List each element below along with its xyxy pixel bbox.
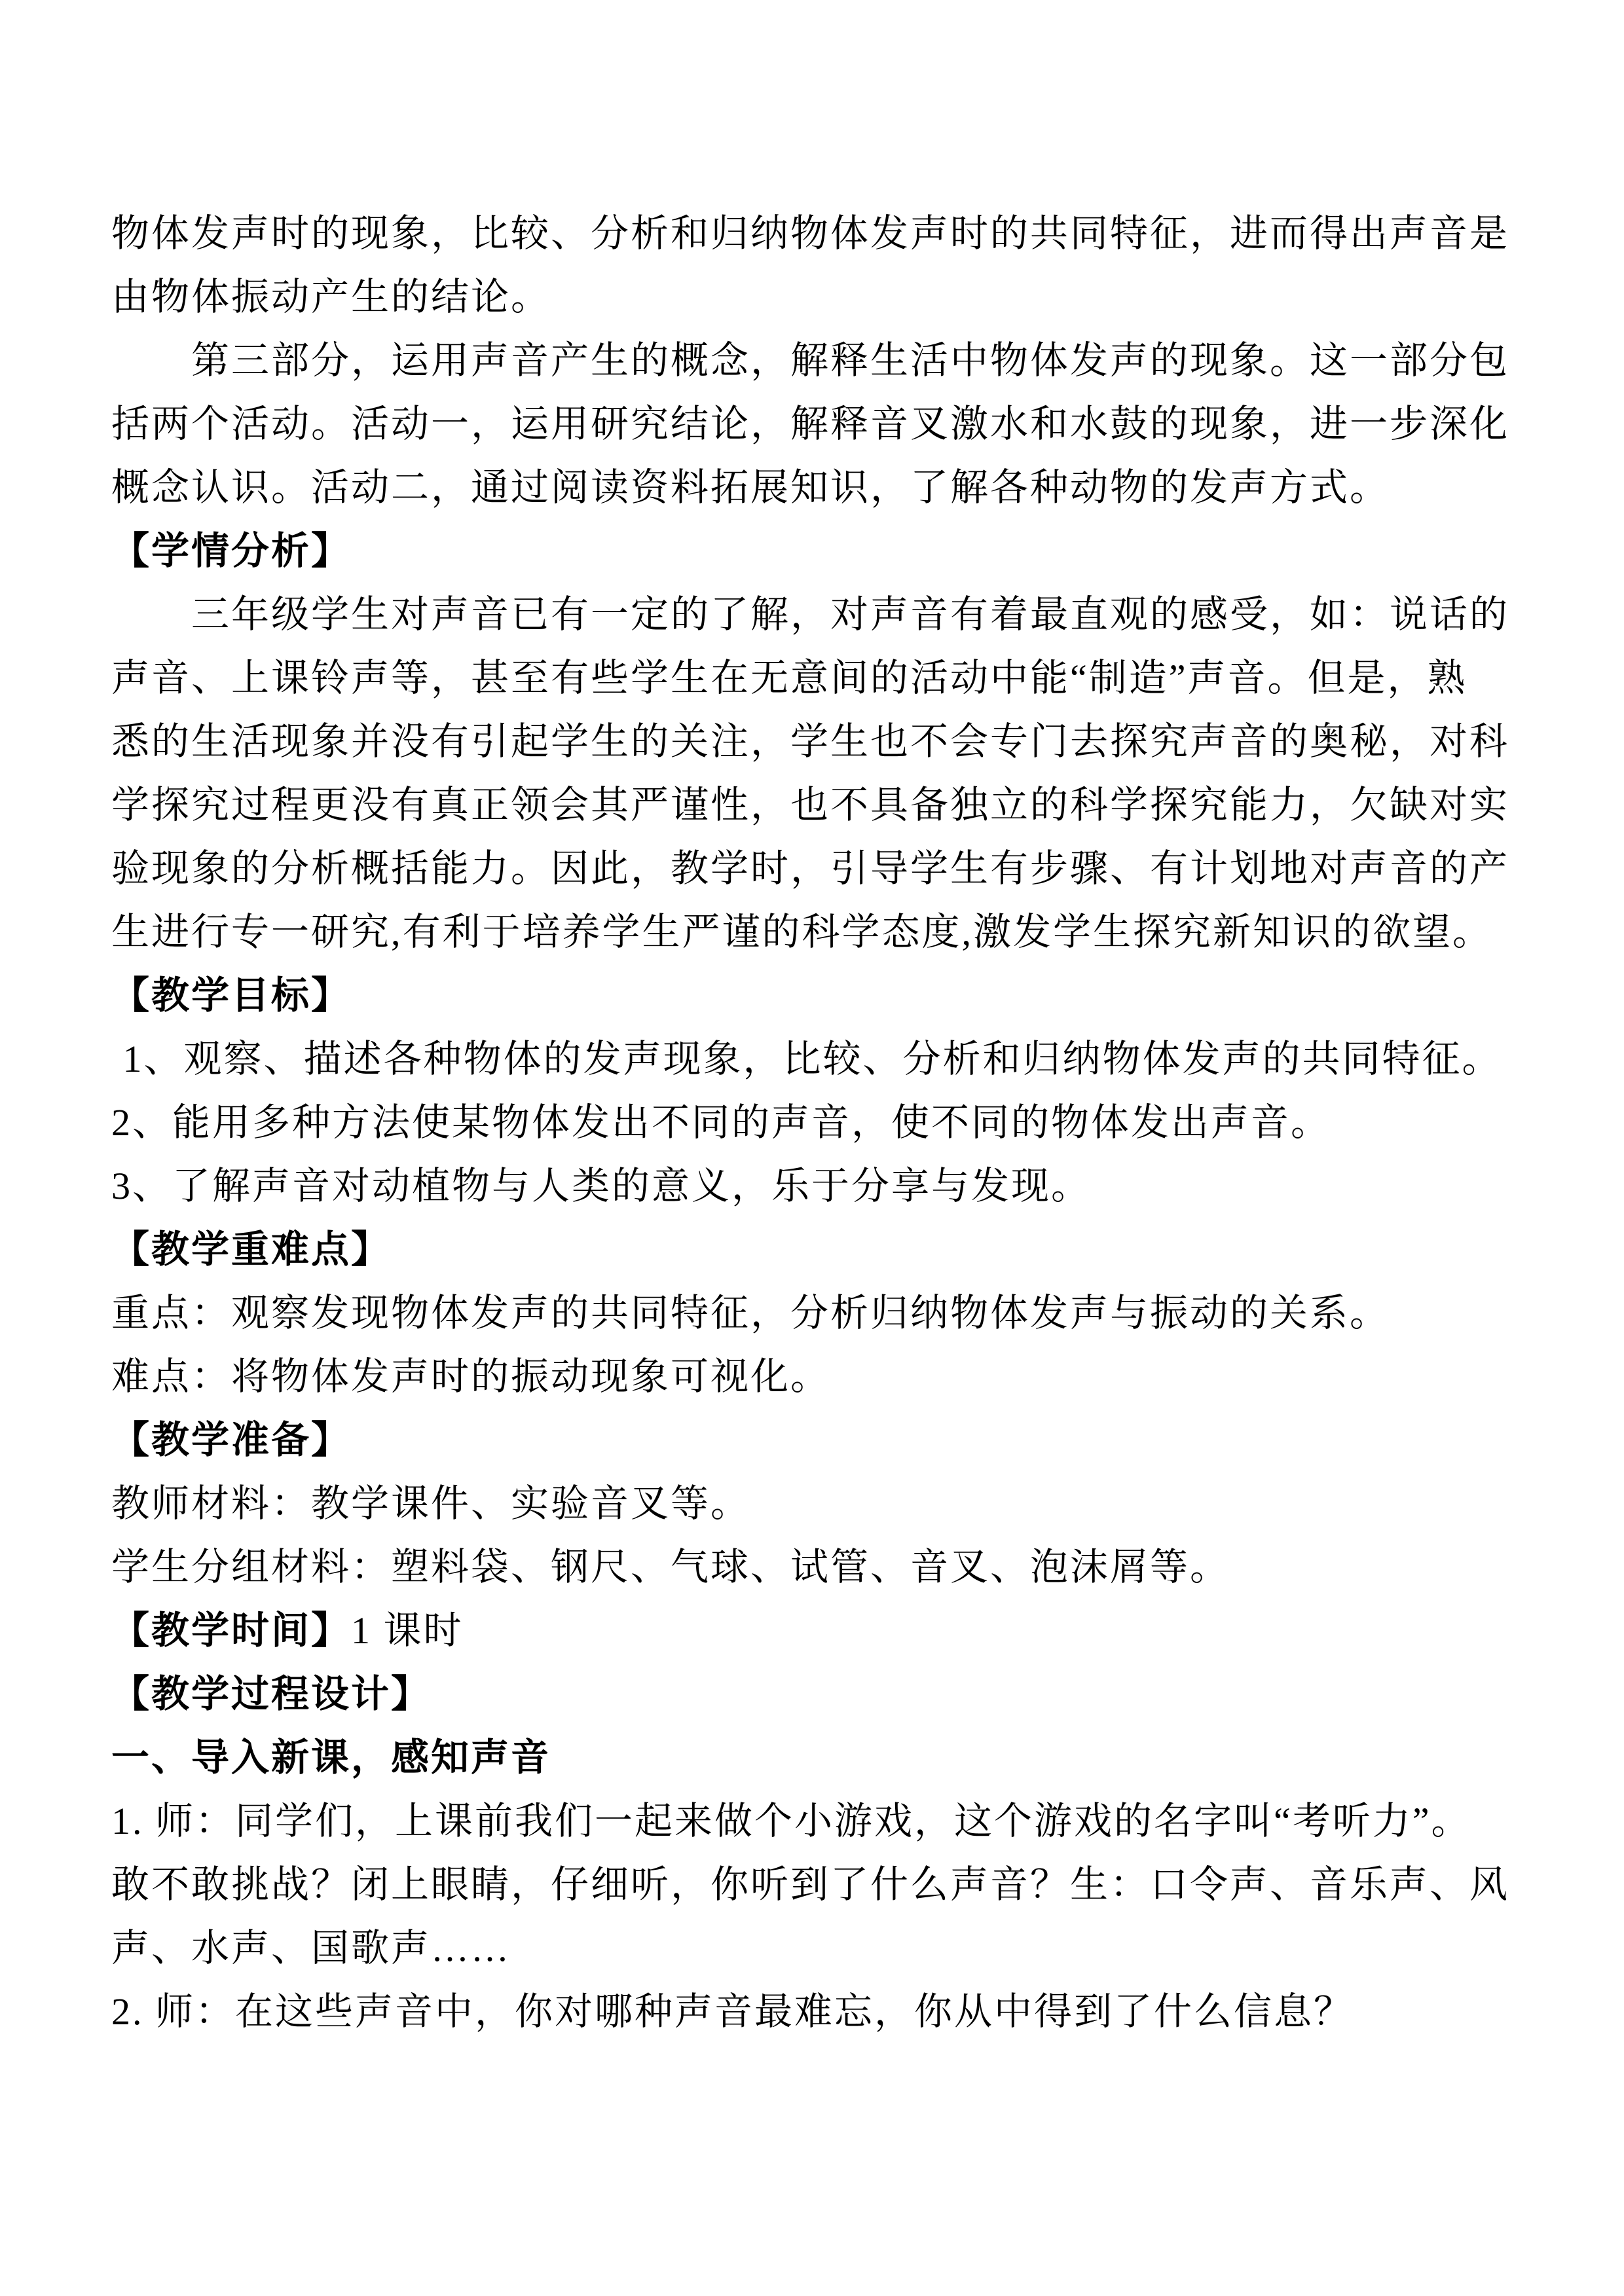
body-text: 学探究过程更没有真正领会其严谨性，也不具备独立的科学探究能力，欠缺对实 (111, 784, 1509, 826)
heading-text: 【学情分析】 (111, 530, 351, 572)
text-line: 重点：观察发现物体发声的共同特征，分析归纳物体发声与振动的关系。 (111, 1281, 1513, 1345)
text-line: 悉的生活现象并没有引起学生的关注，学生也不会专门去探究声音的奥秘，对科 (111, 710, 1513, 773)
text-line: 三年级学生对声音已有一定的了解，对声音有着最直观的感受，如：说话的 (111, 583, 1513, 646)
body-text: 悉的生活现象并没有引起学生的关注，学生也不会专门去探究声音的奥秘，对科 (111, 720, 1509, 763)
heading-text: 【教学过程设计】 (111, 1673, 431, 1715)
body-text: 教师材料：教学课件、实验音叉等。 (111, 1482, 750, 1525)
text-line: 学生分组材料：塑料袋、钢尺、气球、试管、音叉、泡沫屑等。 (111, 1535, 1513, 1599)
body-text: 由物体振动产生的结论。 (111, 276, 551, 318)
text-line: 生进行专一研究,有利于培养学生严谨的科学态度,激发学生探究新知识的欲望。 (111, 900, 1513, 964)
body-text: 难点：将物体发声时的振动现象可视化。 (111, 1355, 830, 1398)
heading-xueqing-fenxi: 【学情分析】 (111, 519, 1513, 583)
body-text: 声、水声、国歌声…… (111, 1927, 511, 1969)
text-line: 难点：将物体发声时的振动现象可视化。 (111, 1345, 1513, 1408)
text-line: 2. 师：在这些声音中，你对哪种声音最难忘，你从中得到了什么信息？ (111, 1980, 1513, 2043)
body-text: 生进行专一研究,有利于培养学生严谨的科学态度,激发学生探究新知识的欲望。 (111, 911, 1492, 953)
text-line: 概念认识。活动二，通过阅读资料拓展知识，了解各种动物的发声方式。 (111, 456, 1513, 519)
body-text: 物体发声时的现象，比较、分析和归纳物体发声时的共同特征，进而得出声音是 (111, 212, 1509, 255)
body-text: 第三部分，运用声音产生的概念，解释生活中物体发声的现象。这一部分包 (111, 339, 1509, 382)
text-line: 教师材料：教学课件、实验音叉等。 (111, 1472, 1513, 1535)
text-line: 学探究过程更没有真正领会其严谨性，也不具备独立的科学探究能力，欠缺对实 (111, 773, 1513, 837)
document-page: 物体发声时的现象，比较、分析和归纳物体发声时的共同特征，进而得出声音是由物体振动… (0, 0, 1624, 2296)
heading-text: 【教学准备】 (111, 1419, 351, 1461)
text-line: 1. 师：同学们，上课前我们一起来做个小游戏，这个游戏的名字叫“考听力”。 (111, 1789, 1513, 1853)
body-text: 敢不敢挑战？闭上眼睛，仔细听，你听到了什么声音？生：口令声、音乐声、风 (111, 1863, 1509, 1906)
heading-text: 【教学时间】 (111, 1609, 351, 1652)
heading-text: 一、导入新课，感知声音 (111, 1736, 551, 1779)
body-text: 概念认识。活动二，通过阅读资料拓展知识，了解各种动物的发声方式。 (111, 466, 1390, 509)
text-line: 物体发声时的现象，比较、分析和归纳物体发声时的共同特征，进而得出声音是 (111, 202, 1513, 265)
heading-jiaoxue-zhunbei: 【教学准备】 (111, 1408, 1513, 1472)
text-line: 1、观察、描述各种物体的发声现象，比较、分析和归纳物体发声的共同特征。 (111, 1027, 1513, 1091)
heading-jiaoxue-shijian: 【教学时间】1 课时 (111, 1599, 1513, 1662)
body-text: 三年级学生对声音已有一定的了解，对声音有着最直观的感受，如：说话的 (111, 593, 1509, 636)
text-line: 声、水声、国歌声…… (111, 1916, 1513, 1980)
body-text: 2. 师：在这些声音中，你对哪种声音最难忘，你从中得到了什么信息？ (111, 1990, 1354, 2033)
body-text: 1 课时 (351, 1609, 464, 1652)
text-line: 2、能用多种方法使某物体发出不同的声音，使不同的物体发出声音。 (111, 1091, 1513, 1154)
body-text: 验现象的分析概括能力。因此，教学时，引导学生有步骤、有计划地对声音的产 (111, 847, 1509, 890)
text-line: 3、了解声音对动植物与人类的意义，乐于分享与发现。 (111, 1154, 1513, 1218)
heading-text: 【教学目标】 (111, 974, 351, 1017)
text-line: 敢不敢挑战？闭上眼睛，仔细听，你听到了什么声音？生：口令声、音乐声、风 (111, 1853, 1513, 1916)
text-line: 声音、上课铃声等，甚至有些学生在无意间的活动中能“制造”声音。但是，熟 (111, 646, 1513, 710)
heading-text: 【教学重难点】 (111, 1228, 391, 1271)
heading-daoru-xinke: 一、导入新课，感知声音 (111, 1726, 1513, 1789)
body-text: 重点：观察发现物体发声的共同特征，分析归纳物体发声与振动的关系。 (111, 1292, 1390, 1334)
body-text: 1、观察、描述各种物体的发声现象，比较、分析和归纳物体发声的共同特征。 (111, 1038, 1502, 1080)
heading-jiaoxue-zhongnandian: 【教学重难点】 (111, 1218, 1513, 1281)
body-text: 2、能用多种方法使某物体发出不同的声音，使不同的物体发出声音。 (111, 1101, 1331, 1144)
body-text: 括两个活动。活动一，运用研究结论，解释音叉激水和水鼓的现象，进一步深化 (111, 403, 1509, 445)
heading-jiaoxue-guocheng-sheji: 【教学过程设计】 (111, 1662, 1513, 1726)
text-line: 验现象的分析概括能力。因此，教学时，引导学生有步骤、有计划地对声音的产 (111, 837, 1513, 900)
body-text: 声音、上课铃声等，甚至有些学生在无意间的活动中能“制造”声音。但是，熟 (111, 657, 1467, 699)
body-text: 学生分组材料：塑料袋、钢尺、气球、试管、音叉、泡沫屑等。 (111, 1546, 1230, 1588)
text-line: 由物体振动产生的结论。 (111, 265, 1513, 329)
body-text: 3、了解声音对动植物与人类的意义，乐于分享与发现。 (111, 1165, 1091, 1207)
body-text: 1. 师：同学们，上课前我们一起来做个小游戏，这个游戏的名字叫“考听力”。 (111, 1800, 1471, 1842)
text-line: 第三部分，运用声音产生的概念，解释生活中物体发声的现象。这一部分包 (111, 329, 1513, 392)
document-text: 物体发声时的现象，比较、分析和归纳物体发声时的共同特征，进而得出声音是由物体振动… (111, 202, 1513, 2043)
heading-jiaoxue-mubiao: 【教学目标】 (111, 964, 1513, 1027)
text-line: 括两个活动。活动一，运用研究结论，解释音叉激水和水鼓的现象，进一步深化 (111, 392, 1513, 456)
